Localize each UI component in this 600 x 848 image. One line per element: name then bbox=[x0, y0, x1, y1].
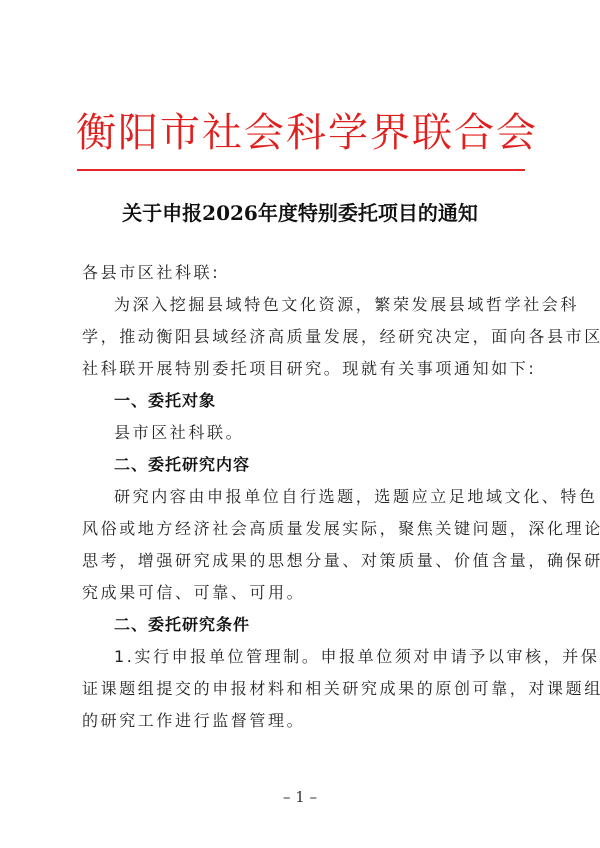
intro-line: 为深入挖掘县域特色文化资源，繁荣发展县域哲学社会科 bbox=[82, 289, 522, 321]
red-rule-divider bbox=[77, 169, 525, 171]
section-line: 的研究工作进行监督管理。 bbox=[82, 705, 522, 737]
section-heading: 一、委托对象 bbox=[82, 385, 522, 417]
section-line: 证课题组提交的申报材料和相关研究成果的原创可靠，对课题组 bbox=[82, 673, 522, 705]
page-number: – 1 – bbox=[0, 788, 600, 806]
section-line: 1.实行申报单位管理制。申报单位须对申请予以审核，并保 bbox=[82, 641, 522, 673]
section-line: 究成果可信、可靠、可用。 bbox=[82, 577, 522, 609]
section-heading: 二、委托研究内容 bbox=[82, 449, 522, 481]
intro-line: 学，推动衡阳县域经济高质量发展，经研究决定，面向各县市区 bbox=[82, 321, 522, 353]
intro-line: 社科联开展特别委托项目研究。现就有关事项通知如下: bbox=[82, 353, 522, 385]
section-line: 思考，增强研究成果的思想分量、对策质量、价值含量，确保研 bbox=[82, 545, 522, 577]
section-heading: 二、委托研究条件 bbox=[82, 609, 522, 641]
section-line: 县市区社科联。 bbox=[82, 417, 522, 449]
document-title: 关于申报2026年度特别委托项目的通知 bbox=[0, 200, 600, 226]
salutation: 各县市区社科联: bbox=[82, 257, 522, 289]
masthead: 衡阳市社会科学界联合会 bbox=[76, 108, 526, 158]
document-body: 各县市区社科联: 为深入挖掘县域特色文化资源，繁荣发展县域哲学社会科 学，推动衡… bbox=[82, 257, 522, 737]
section-line: 研究内容由申报单位自行选题，选题应立足地域文化、特色 bbox=[82, 481, 522, 513]
section-line: 风俗或地方经济社会高质量发展实际，聚焦关键问题，深化理论 bbox=[82, 513, 522, 545]
